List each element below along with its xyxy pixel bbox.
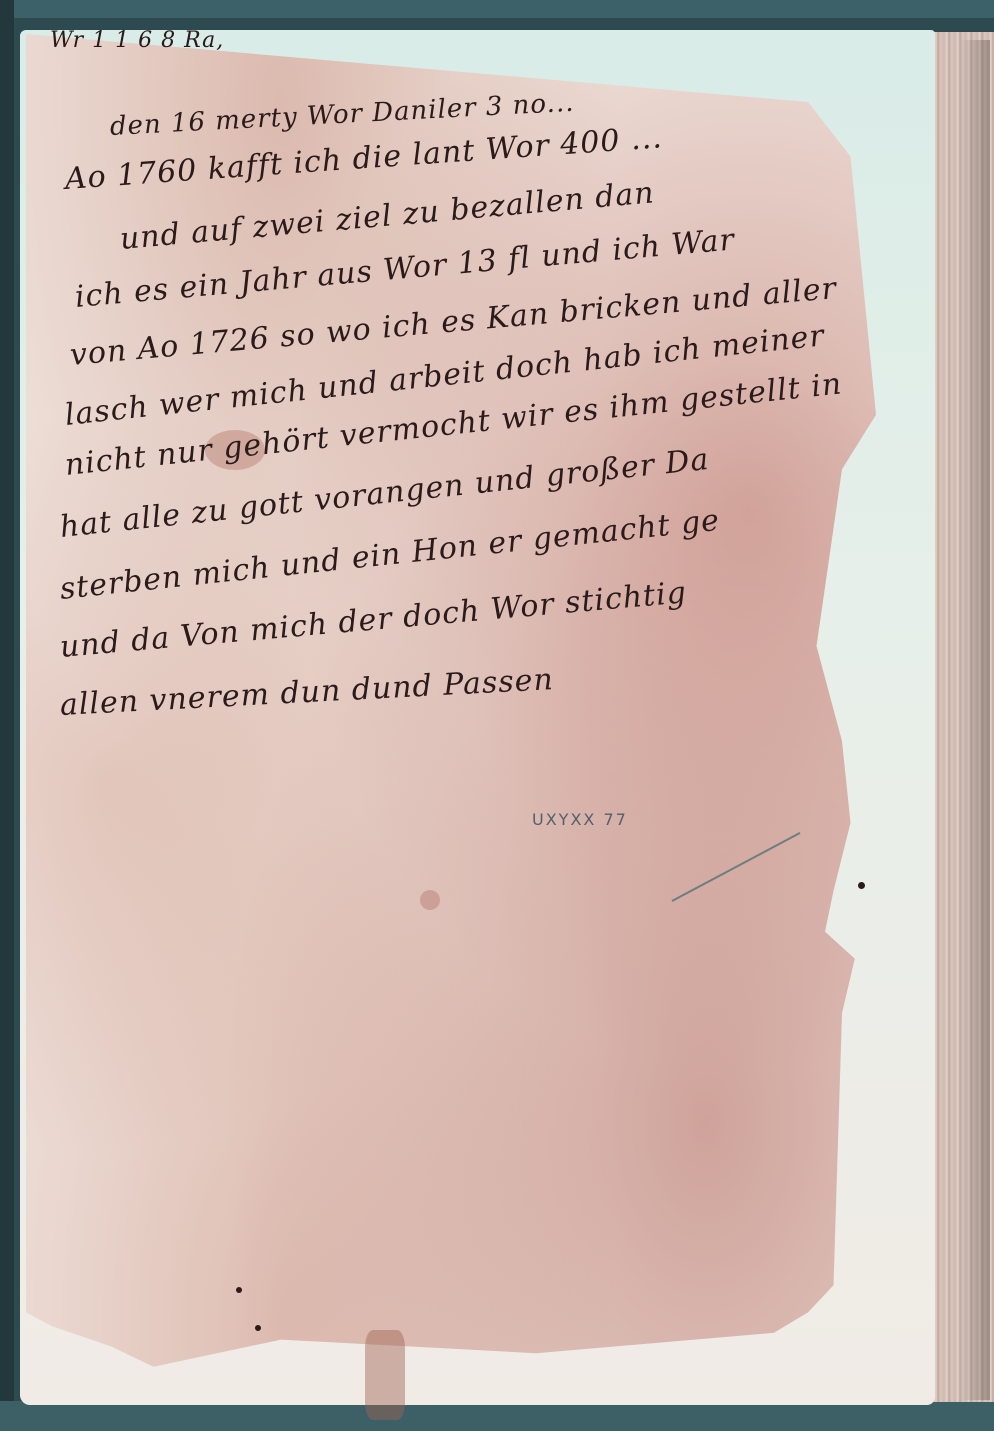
foxing-stain <box>420 890 440 910</box>
ink-spot <box>858 882 865 889</box>
foxing-stain <box>365 1330 405 1420</box>
background-bottom <box>0 1401 994 1431</box>
background-top <box>0 0 994 18</box>
header-note: Wr 1 1 6 8 Ra, <box>50 28 224 53</box>
page-stack-shadow <box>960 40 990 1400</box>
background-left <box>0 0 14 1431</box>
ink-spot <box>236 1287 242 1293</box>
ink-spot <box>255 1325 261 1331</box>
pencil-annotation: UXYXX 77 <box>532 810 628 829</box>
